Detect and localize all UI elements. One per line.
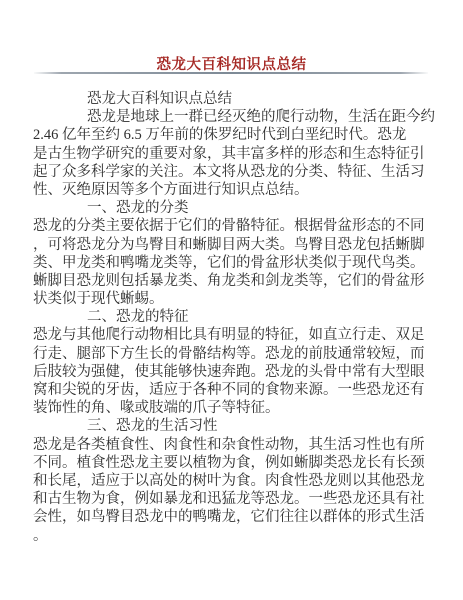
text-line: 恐龙是地球上一群已经灭绝的爬行动物，生活在距今约 — [33, 108, 430, 126]
text-line: 恐龙与其他爬行动物相比具有明显的特征，如直立行走、双足 — [33, 326, 430, 344]
text-line: 会性，如鸟臀目恐龙中的鸭嘴龙，它们往往以群体的形式生活 — [33, 508, 430, 526]
text-line: 不同。植食性恐龙主要以植物为食，例如蜥脚类恐龙长有长颈 — [33, 454, 430, 472]
text-line: 三、恐龙的生活习性 — [33, 417, 430, 435]
text-line: 二、恐龙的特征 — [33, 308, 430, 326]
text-line: 窝和尖锐的牙齿，适应于各种不同的食物来源。一些恐龙还有 — [33, 381, 430, 399]
text-line: 装饰性的角、喙或肢端的爪子等特征。 — [33, 399, 430, 417]
text-line: 恐龙的分类主要依据于它们的骨骼特征。根据骨盆形态的不同 — [33, 217, 430, 235]
text-line: 后肢较为强健，使其能够快速奔跑。恐龙的头骨中常有大型眼 — [33, 363, 430, 381]
text-line: 2.46 亿年至约 6.5 万年前的侏罗纪时代到白垩纪时代。恐龙 — [33, 126, 430, 144]
text-line: 类、甲龙类和鸭嘴龙类等，它们的骨盆形状类似于现代鸟类。 — [33, 254, 430, 272]
text-line: 一、恐龙的分类 — [33, 199, 430, 217]
text-line: 是古生物学研究的重要对象，其丰富多样的形态和生态特征引 — [33, 145, 430, 163]
text-line: 行走、腿部下方生长的骨骼结构等。恐龙的前肢通常较短，而 — [33, 345, 430, 363]
text-line: 状类似于现代蜥蜴。 — [33, 290, 430, 308]
text-line: ，可将恐龙分为鸟臀目和蜥脚目两大类。鸟臀目恐龙包括蜥脚 — [33, 236, 430, 254]
text-line: 。 — [33, 527, 430, 545]
text-line: 恐龙是各类植食性、肉食性和杂食性动物，其生活习性也有所 — [33, 436, 430, 454]
text-line: 和长尾，适应于以高处的树叶为食。肉食性恐龙则以其他恐龙 — [33, 472, 430, 490]
text-line: 性、灭绝原因等多个方面进行知识点总结。 — [33, 181, 430, 199]
document-page: 恐龙大百科知识点总结 恐龙大百科知识点总结恐龙是地球上一群已经灭绝的爬行动物，生… — [0, 0, 463, 600]
document-title: 恐龙大百科知识点总结 — [0, 53, 463, 74]
text-line: 恐龙大百科知识点总结 — [33, 90, 430, 108]
text-line: 和古生物为食，例如暴龙和迅猛龙等恐龙。一些恐龙还具有社 — [33, 490, 430, 508]
document-body: 恐龙大百科知识点总结恐龙是地球上一群已经灭绝的爬行动物，生活在距今约2.46 亿… — [33, 90, 430, 545]
text-line: 蜥脚目恐龙则包括暴龙类、角龙类和剑龙类等，它们的骨盆形 — [33, 272, 430, 290]
title-divider — [34, 72, 428, 74]
text-line: 起了众多科学家的关注。本文将从恐龙的分类、特征、生活习 — [33, 163, 430, 181]
